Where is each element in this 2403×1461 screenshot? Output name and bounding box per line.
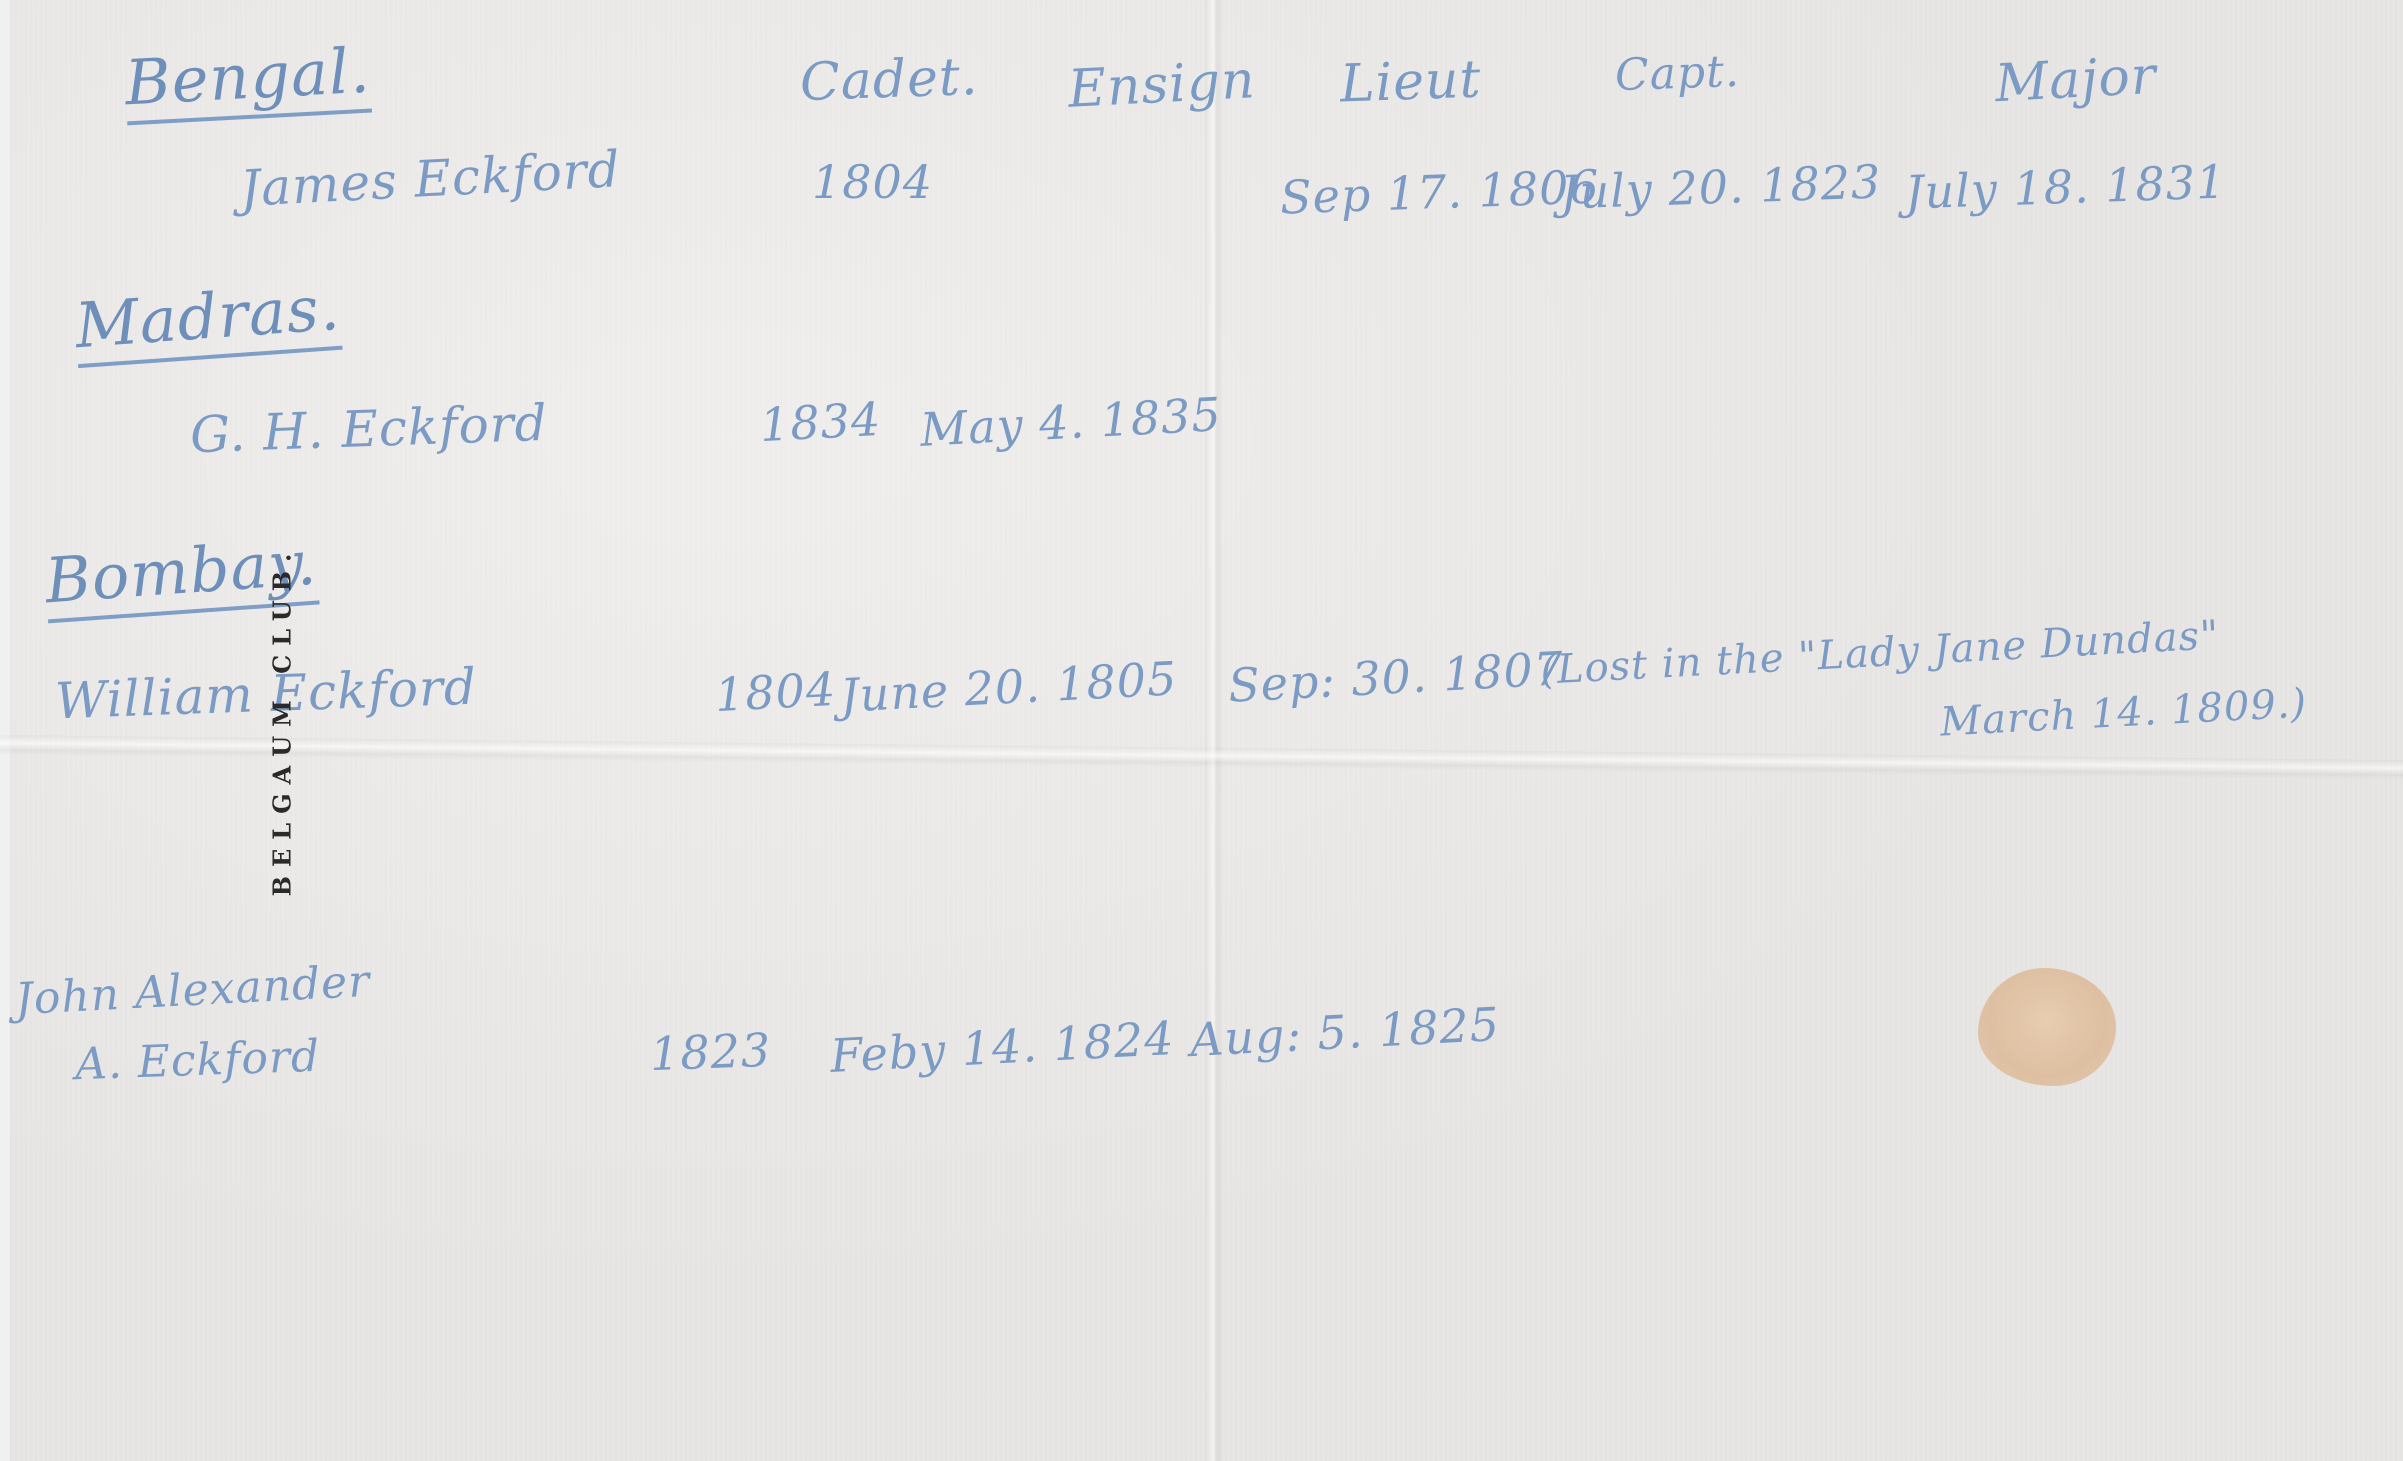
james-cadet-date: 1804 <box>812 155 933 209</box>
column-header-ensign: Ensign <box>1067 50 1257 120</box>
william-cadet-date: 1804 <box>714 662 838 722</box>
section-heading-bengal: Bengal. <box>123 34 372 120</box>
stamp-text: BELGAUM CLUB. <box>268 544 297 896</box>
paper-stain <box>1978 968 2116 1086</box>
column-header-major: Major <box>1994 46 2158 114</box>
james-capt-date: July 20. 1823 <box>1559 154 1882 219</box>
john-cadet-date: 1823 <box>649 1023 772 1081</box>
gh-cadet-date: 1834 <box>759 392 883 452</box>
james-lieut-date: Sep 17. 1806 <box>1279 159 1600 224</box>
belgaum-club-stamp: BELGAUM CLUB. <box>262 540 302 900</box>
entry-name-john-alexander-line2: A. Eckford <box>74 1031 321 1091</box>
james-major-date: July 18. 1831 <box>1904 154 2227 219</box>
vertical-fold-crease <box>1205 0 1223 1461</box>
bengal-label: Bengal. <box>123 34 372 126</box>
column-header-lieut: Lieut <box>1339 50 1482 115</box>
column-header-cadet: Cadet. <box>799 47 979 113</box>
column-header-capt: Capt. <box>1614 46 1740 101</box>
